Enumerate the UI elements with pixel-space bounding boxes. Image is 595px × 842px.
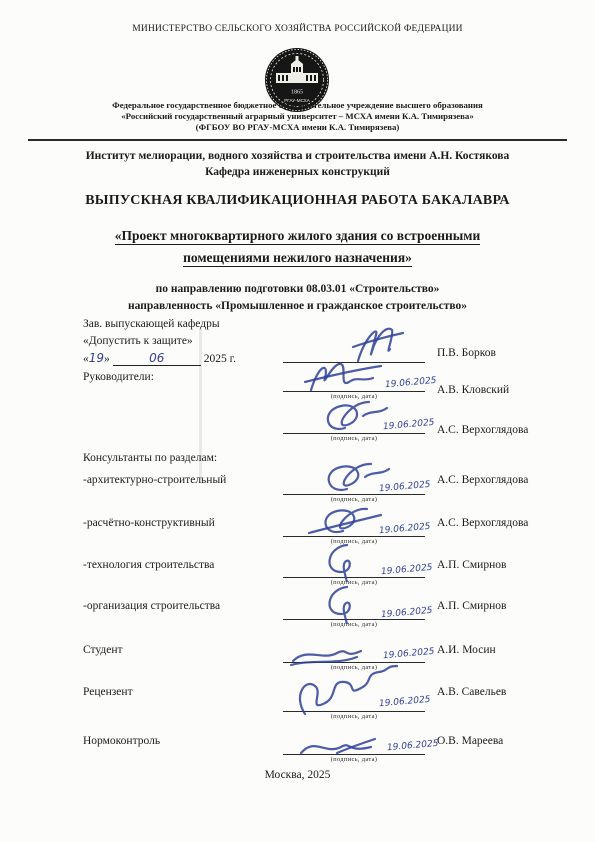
institute-name: Институт мелиорации, водного хозяйства и… (0, 150, 595, 162)
direction-line-1: по направлению подготовки 08.03.01 «Стро… (0, 283, 595, 295)
year-label: 2025 г. (204, 353, 236, 365)
sign-caption: (подпись, дата) (283, 756, 425, 763)
consultant-2-name: А.С. Верхоглядова (437, 517, 528, 529)
consultant-3-name: А.П. Смирнов (437, 559, 506, 571)
handwritten-date: 19.06.2025 (385, 376, 437, 390)
handwritten-date: 19.06.2025 (387, 739, 439, 753)
supervisor-1-name: А.В. Кловский (437, 384, 509, 396)
sign-caption: (подпись, дата) (283, 538, 425, 545)
thesis-title-page: МИНИСТЕРСТВО СЕЛЬСКОГО ХОЗЯЙСТВА РОССИЙС… (0, 0, 595, 842)
consultant-4-name: А.П. Смирнов (437, 600, 506, 612)
department-name: Кафедра инженерных конструкций (0, 166, 595, 178)
sign-caption: (подпись, дата) (283, 664, 425, 671)
handwritten-day: 19 (89, 351, 104, 365)
handwritten-date: 19.06.2025 (383, 418, 435, 432)
org-line-2: «Российский государственный аграрный уни… (0, 111, 595, 121)
sign-caption: (подпись, дата) (283, 621, 425, 628)
supervisors-label: Руководители: (83, 371, 154, 383)
direction-line-2: направленность «Промышленное и гражданск… (0, 300, 595, 312)
reviewer-name: А.В. Савельев (437, 686, 506, 698)
consultant-1-label: -архитектурно-строительный (83, 474, 226, 486)
handwritten-date: 19.06.2025 (379, 522, 431, 536)
signature-line-supervisor-2: 19.06.2025 (подпись, дата) (283, 433, 425, 442)
handwritten-date: 19.06.2025 (383, 647, 435, 661)
supervisor-2-name: А.С. Верхоглядова (437, 424, 528, 436)
normcontrol-label: Нормоконтроль (83, 735, 160, 747)
reviewer-label: Рецензент (83, 686, 133, 698)
admit-label: «Допустить к защите» (83, 335, 193, 347)
signature-line-consultant-3: 19.06.2025 (подпись, дата) (283, 577, 425, 586)
thesis-title-line-2: помещениями нежилого назначения» (0, 250, 595, 266)
consultant-2-label: -расчётно-конструктивный (83, 517, 215, 529)
month-blank-line: 06 (113, 351, 201, 366)
consultants-label: Консультанты по разделам: (83, 452, 217, 464)
emblem-year: 1865 (291, 90, 303, 96)
city-year-footer: Москва, 2025 (0, 769, 595, 781)
signature-line-dept-head (283, 362, 425, 363)
consultant-4-label: -организация строительства (83, 600, 220, 612)
sign-caption: (подпись, дата) (283, 496, 425, 503)
signature-line-consultant-4: 19.06.2025 (подпись, дата) (283, 619, 425, 628)
dept-head-name: П.В. Борков (437, 347, 496, 359)
signature-line-consultant-2: 19.06.2025 (подпись, дата) (283, 536, 425, 545)
handwritten-date: 19.06.2025 (381, 563, 433, 577)
sign-caption: (подпись, дата) (283, 435, 425, 442)
handwritten-date: 19.06.2025 (379, 480, 431, 494)
header-divider (28, 139, 567, 141)
work-type-heading: ВЫПУСКНАЯ КВАЛИФИКАЦИОННАЯ РАБОТА БАКАЛА… (0, 193, 595, 209)
sign-caption: (подпись, дата) (283, 579, 425, 586)
org-line-3: (ФГБОУ ВО РГАУ-МСХА имени К.А. Тимирязев… (0, 122, 595, 132)
consultant-3-label: -технология строительства (83, 559, 214, 571)
normcontrol-name: О.В. Мареева (437, 735, 503, 747)
ministry-header: МИНИСТЕРСТВО СЕЛЬСКОГО ХОЗЯЙСТВА РОССИЙС… (0, 24, 595, 34)
signature-line-consultant-1: 19.06.2025 (подпись, дата) (283, 494, 425, 503)
thesis-title-line-1: «Проект многоквартирного жилого здания с… (0, 228, 595, 244)
signature-line-reviewer: 19.06.2025 (подпись, дата) (283, 711, 425, 720)
student-label: Студент (83, 644, 123, 656)
signature-line-normcontrol: 19.06.2025 (подпись, дата) (283, 754, 425, 763)
sign-caption: (подпись, дата) (283, 393, 425, 400)
handwritten-date: 19.06.2025 (381, 606, 433, 620)
consultant-1-name: А.С. Верхоглядова (437, 474, 528, 486)
handwritten-date: 19.06.2025 (379, 695, 431, 709)
signature-dept-head (313, 321, 423, 365)
sign-caption: (подпись, дата) (283, 713, 425, 720)
admit-date-line: «19»062025 г. (83, 351, 236, 366)
signature-line-student: 19.06.2025 (подпись, дата) (283, 662, 425, 671)
handwritten-month: 06 (149, 351, 164, 365)
student-name: А.И. Мосин (437, 644, 496, 656)
signature-line-supervisor-1: 19.06.2025 (подпись, дата) (283, 391, 425, 400)
org-line-1: Федеральное государственное бюджетное об… (0, 100, 595, 110)
dept-head-label: Зав. выпускающей кафедры (83, 318, 220, 330)
